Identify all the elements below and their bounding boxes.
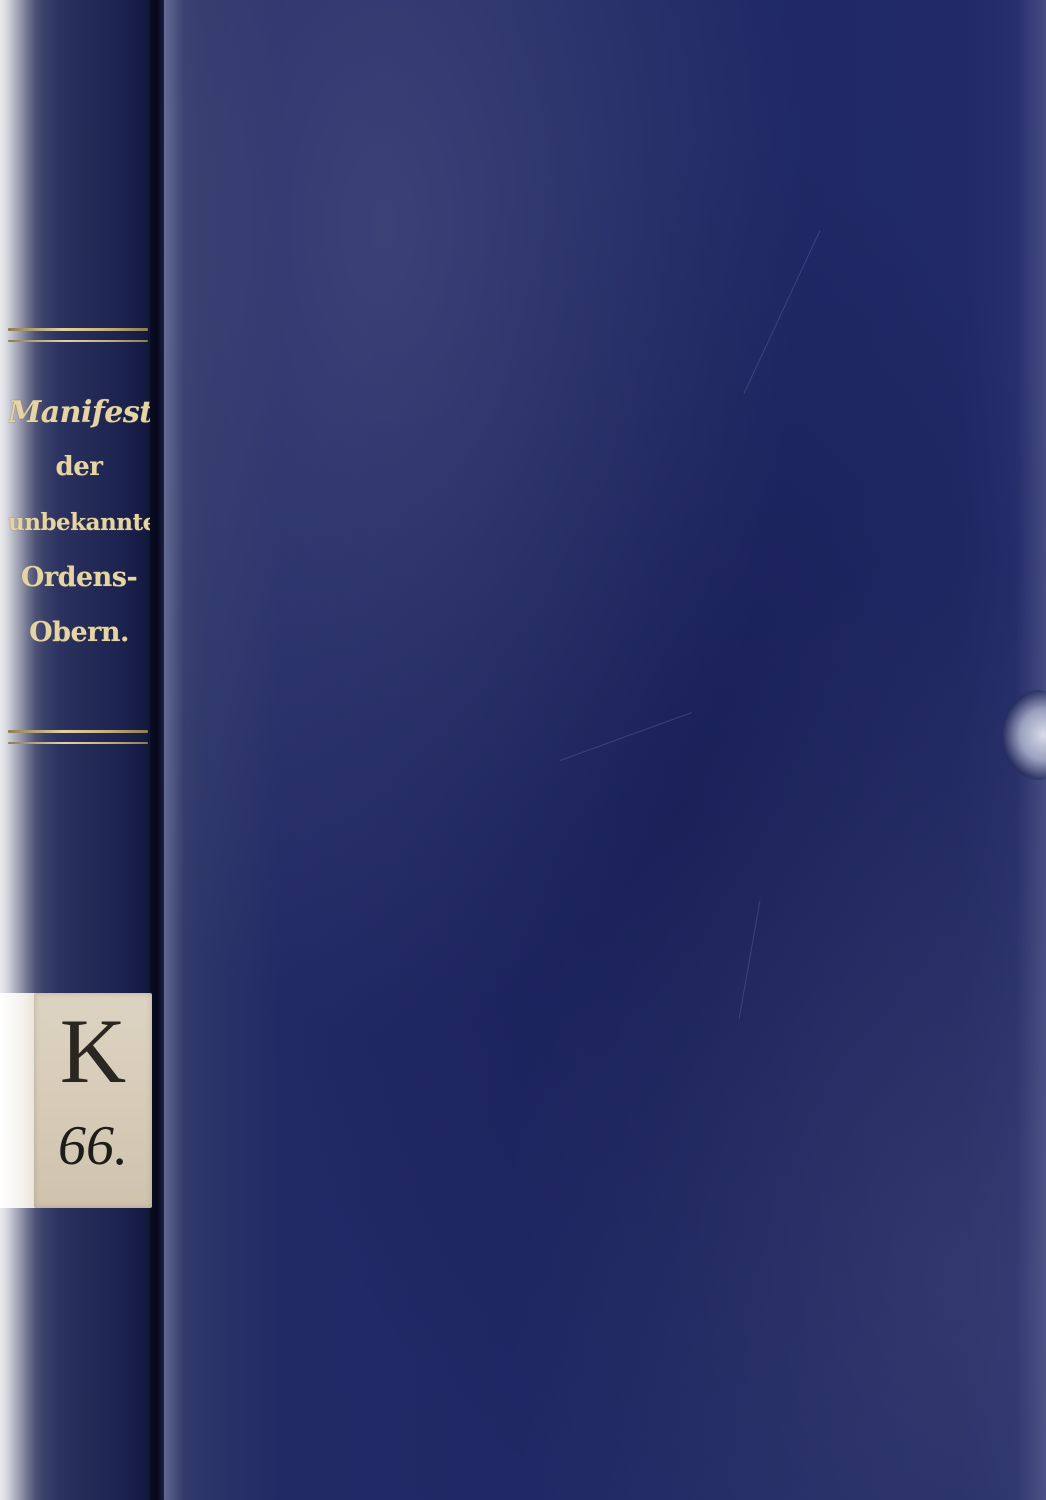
spine-title: Manifest der unbekannten Ordens- Obern. (8, 385, 150, 660)
spine-title-line: Obern. (8, 605, 150, 660)
gilt-rule-bottom-1 (8, 730, 148, 733)
shelf-mark-number: 66. (34, 1111, 152, 1181)
book-photo: Manifest der unbekannten Ordens- Obern. … (0, 0, 1046, 1500)
spine-title-line: unbekannten (8, 495, 150, 550)
spine-hinge-groove (150, 0, 164, 1500)
gilt-rule-top-2 (8, 340, 148, 342)
spine-title-line: Ordens- (8, 550, 150, 605)
front-cover (162, 0, 1046, 1500)
cover-hinge-highlight (162, 0, 184, 1500)
spine-title-line: der (8, 440, 150, 495)
shelf-mark-letter: K (34, 1001, 152, 1101)
spine-sheen (0, 0, 36, 1500)
gilt-rule-top-1 (8, 328, 148, 331)
gilt-rule-bottom-2 (8, 742, 148, 744)
spine-title-line: Manifest (8, 385, 150, 440)
shelf-mark-label: K 66. (34, 993, 152, 1208)
